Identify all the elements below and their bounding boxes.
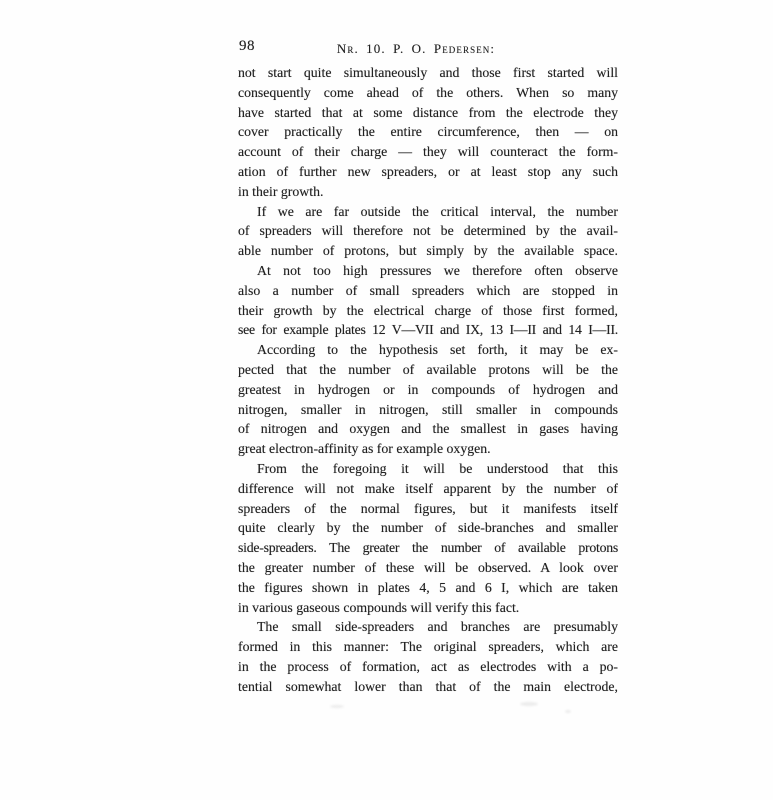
text-line: consequently come ahead of the others. W… (238, 83, 618, 103)
text-line: ation of further new spreaders, or at le… (238, 162, 618, 182)
text-line: also a number of small spreaders which a… (238, 281, 618, 301)
text-line: have started that at some distance from … (238, 103, 618, 123)
text-line: of nitrogen and oxygen and the smallest … (238, 419, 618, 439)
text-line: tential somewhat lower than that of the … (238, 677, 618, 697)
scan-speck (520, 702, 538, 706)
text-line: of spreaders will therefore not be deter… (238, 221, 618, 241)
text-line: in the process of formation, act as elec… (238, 657, 618, 677)
text-line: greatest in hydrogen or in compounds of … (238, 380, 618, 400)
text-line: the greater number of these will be obse… (238, 558, 618, 578)
text-line: not start quite simultaneously and those… (238, 63, 618, 83)
paragraph: From the foregoing it will be understood… (238, 459, 618, 617)
text-line: quite clearly by the number of side-bran… (238, 518, 618, 538)
text-line: the figures shown in plates 4, 5 and 6 I… (238, 578, 618, 598)
text-line: difference will not make itself apparent… (238, 479, 618, 499)
text-line: account of their charge — they will coun… (238, 142, 618, 162)
text-line: formed in this manner: The original spre… (238, 637, 618, 657)
text-line: spreaders of the normal figures, but it … (238, 499, 618, 519)
text-line: side-spreaders. The greater the number o… (238, 538, 618, 558)
text-line: cover practically the entire circumferen… (238, 122, 618, 142)
paragraph: not start quite simultaneously and those… (238, 63, 618, 202)
paragraph: At not too high pressures we therefore o… (238, 261, 618, 340)
paragraph: According to the hypothesis set forth, i… (238, 340, 618, 459)
text-line: At not too high pressures we therefore o… (238, 261, 618, 281)
text-line: see for example plates 12 V—VII and IX, … (238, 320, 618, 340)
paragraph: If we are far outside the critical inter… (238, 202, 618, 261)
scanned-book-page: 98 Nr. 10. P. O. Pedersen: not start qui… (0, 0, 773, 800)
text-line: The small side-spreaders and branches ar… (238, 617, 618, 637)
text-line: in their growth. (238, 182, 618, 202)
running-header: Nr. 10. P. O. Pedersen: (226, 41, 606, 57)
text-line: pected that the number of available prot… (238, 360, 618, 380)
text-line: nitrogen, smaller in nitrogen, still sma… (238, 400, 618, 420)
text-line: their growth by the electrical charge of… (238, 301, 618, 321)
body-text: not start quite simultaneously and those… (238, 63, 618, 697)
scan-speck (565, 710, 571, 713)
text-line: From the foregoing it will be understood… (238, 459, 618, 479)
text-line: If we are far outside the critical inter… (238, 202, 618, 222)
text-line: According to the hypothesis set forth, i… (238, 340, 618, 360)
text-line: great electron-affinity as for example o… (238, 439, 618, 459)
paragraph: The small side-spreaders and branches ar… (238, 617, 618, 696)
text-line: able number of protons, but simply by th… (238, 241, 618, 261)
scan-speck (330, 705, 344, 708)
text-line: in various gaseous compounds will verify… (238, 598, 618, 618)
